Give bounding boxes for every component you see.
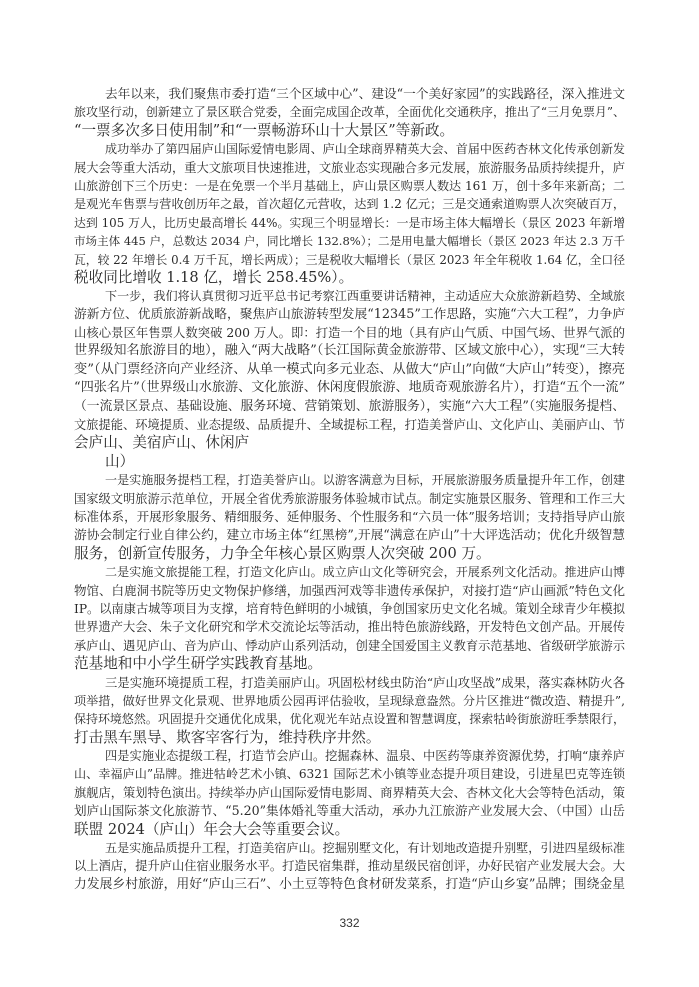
text-line: IP。以南康古城等项目为支撑，培育特色鲜明的小城镇，争创国家历史文化名城。策划全… bbox=[74, 600, 625, 618]
text-line: 世界级知名旅游目的地），融入“两大战略”（长江国际黄金旅游带、区域文旅中心），实… bbox=[74, 342, 625, 360]
text-line: 划庐山国际茶文化旅游节、“5.20”集体婚礼等重大活动，承办九江旅游产业发展大会… bbox=[74, 802, 625, 820]
text-line: 服务，创新宣传服务，力争全年核心景区购票人次突破 200 万。 bbox=[74, 545, 625, 563]
text-line: 瓦，较 22 年增长 0.4 万千瓦，增长两成）；三是税收大幅增长（景区 202… bbox=[74, 251, 625, 269]
text-line: 二是实施文旅提能工程，打造文化庐山。成立庐山文化等研究会，开展系列文化活动。推进… bbox=[74, 563, 625, 581]
text-line: 会庐山、美宿庐山、休闲庐 bbox=[74, 434, 625, 452]
text-line: 山） bbox=[74, 453, 625, 471]
text-line: 范基地和中小学生研学实践教育基地。 bbox=[74, 655, 625, 673]
text-line: 山核心景区年售票人数突破 200 万人。即：打造一个目的地（具有庐山气质、中国气… bbox=[74, 324, 625, 342]
text-line: 税收同比增收 1.18 亿，增长 258.45%）。 bbox=[74, 269, 625, 287]
text-line: 变”（从门票经济向产业经济、从单一模式向多元业态、从做大“庐山”向做“大庐山”转… bbox=[74, 361, 625, 379]
text-line: 游新方位、优质旅游新战略，聚焦庐山旅游转型发展“12345”工作思路，实施“六大… bbox=[74, 306, 625, 324]
text-line: 标准体系，开展形象服务、精细服务、延伸服务、个性服务和“六员一体”服务培训；支持… bbox=[74, 508, 625, 526]
text-line: 力发展乡村旅游，用好“庐山三石”、小土豆等特色食材研发菜系，打造“庐山乡宴”品牌… bbox=[74, 876, 625, 894]
text-line: 展大会等重大活动，重大文旅项目快速推进，文旅业态实现融合多元发展，旅游服务品质持… bbox=[74, 159, 625, 177]
text-line: 联盟 2024（庐山）年会大会等重要会议。 bbox=[74, 821, 625, 839]
text-line: 文旅提能、环境提质、业态提级、品质提升、全域提标工程，打造美誉庐山、文化庐山、美… bbox=[74, 416, 625, 434]
text-line: 市场主体 445 户，总数达 2034 户，同比增长 132.8%）；二是用电量… bbox=[74, 232, 625, 250]
text-line: 山旅游创下三个历史：一是在免票一个半月基础上，庐山景区购票人数达 161 万，创… bbox=[74, 177, 625, 195]
text-line: 旅攻坚行动，创新建立了景区联合党委，全面完成国企改革，全面优化交通秩序，推出了“… bbox=[74, 103, 625, 121]
text-line: 世界遗产大会、朱子文化研究和学术交流论坛等活动，推出特色旅游线路，开发特色文创产… bbox=[74, 618, 625, 636]
text-line: 物馆、白鹿洞书院等历史文物保护修缮，加强西河戏等非遗传承保护，对接打造“庐山画派… bbox=[74, 582, 625, 600]
body-text: 去年以来，我们聚焦市委打造“三个区域中心”、建设“一个美好家园”的实践路径，深入… bbox=[74, 85, 625, 894]
text-line: “一票多次多日使用制”和“一票畅游环山十大景区”等新政。 bbox=[74, 122, 625, 140]
text-line: 打击黑车黑导、欺客宰客行为，维持秩序井然。 bbox=[74, 729, 625, 747]
text-line: 保持环境悠然。巩固提升交通优化成果，优化观光车站点设置和智慧调度，探索牯岭街旅游… bbox=[74, 710, 625, 728]
text-line: 国家级文明旅游示范单位，开展全省优秀旅游服务体验城市试点。制定实施景区服务、管理… bbox=[74, 490, 625, 508]
text-line: 三是实施环境提质工程，打造美丽庐山。巩固松材线虫防治“庐山攻坚战”成果，落实森林… bbox=[74, 674, 625, 692]
text-line: 以上酒店，提升庐山住宿业服务水平。打造民宿集群，推动星级民宿创评，办好民宿产业发… bbox=[74, 857, 625, 875]
text-line: （一流景区景点、基础设施、服务环境、营销策划、旅游服务），实施“六大工程”（实施… bbox=[74, 398, 625, 416]
text-line: 山、幸福庐山”品牌。推进牯岭艺术小镇、6321 国际艺术小镇等业态提升项目建设，… bbox=[74, 765, 625, 783]
text-line: “四张名片”（世界级山水旅游、文化旅游、休闲度假旅游、地质奇观旅游名片），打造“… bbox=[74, 379, 625, 397]
text-line: 达到 105 万人，比历史最高增长 44%。实现三个明显增长：一是市场主体大幅增… bbox=[74, 214, 625, 232]
text-line: 五是实施品质提升工程，打造美宿庐山。挖掘别墅文化，有计划地改造提升别墅，引进四星… bbox=[74, 839, 625, 857]
document-page: 去年以来，我们聚焦市委打造“三个区域中心”、建设“一个美好家园”的实践路径，深入… bbox=[0, 0, 699, 987]
text-line: 是观光车售票与营收创历年之最，首次超亿元营收，达到 1.2 亿元；三是交通索道购… bbox=[74, 195, 625, 213]
text-line: 承庐山、遇见庐山、音为庐山、悸动庐山系列活动，创建全国爱国主义教育示范基地、省级… bbox=[74, 637, 625, 655]
text-line: 下一步，我们将认真贯彻习近平总书记考察江西重要讲话精神，主动适应大众旅游新趋势、… bbox=[74, 287, 625, 305]
text-line: 旗舰店，策划特色演出。持续举办庐山国际爱情电影周、商界精英大会、杏林文化大会等特… bbox=[74, 784, 625, 802]
page-number: 332 bbox=[0, 916, 699, 930]
text-line: 四是实施业态提级工程，打造节会庐山。挖掘森林、温泉、中医药等康养资源优势，打响“… bbox=[74, 747, 625, 765]
text-line: 项举措，做好世界文化景观、世界地质公园再评估验收，呈现绿意盎然。分片区推进“微改… bbox=[74, 692, 625, 710]
text-line: 去年以来，我们聚焦市委打造“三个区域中心”、建设“一个美好家园”的实践路径，深入… bbox=[74, 85, 625, 103]
text-line: 成功举办了第四届庐山国际爱情电影周、庐山全球商界精英大会、首届中医药杏林文化传承… bbox=[74, 140, 625, 158]
text-line: 游协会制定行业自律公约，建立市场主体“红黑榜”,开展“满意在庐山”十大评选活动；… bbox=[74, 526, 625, 544]
text-line: 一是实施服务提档工程，打造美誉庐山。以游客满意为目标，开展旅游服务质量提升年工作… bbox=[74, 471, 625, 489]
